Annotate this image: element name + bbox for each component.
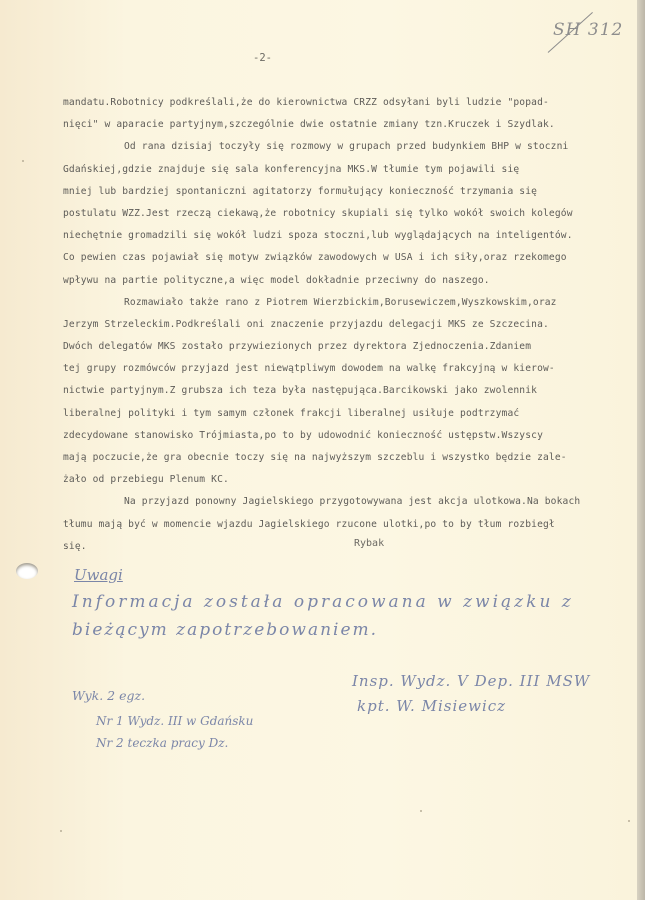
- officer-name: kpt. W. Misiewicz: [357, 697, 506, 715]
- text-line: Na przyjazd ponowny Jagielskiego przygot…: [63, 491, 623, 513]
- paper-speck: [628, 820, 630, 822]
- text-line: nięci" w aparacie partyjnym,szczególnie …: [63, 114, 623, 136]
- text-line: Gdańskiej,gdzie znajduje się sala konfer…: [63, 159, 623, 181]
- distribution-copy-1: Nr 1 Wydz. III w Gdańsku: [96, 714, 253, 728]
- text-line: niechętnie gromadzili się wokół ludzi sp…: [63, 225, 623, 247]
- typed-body: mandatu.Robotnicy podkreślali,że do kier…: [63, 92, 623, 558]
- typed-signature: Rybak: [354, 538, 384, 549]
- text-line: postulatu WZZ.Jest rzeczą ciekawą,że rob…: [63, 203, 623, 225]
- document-page: SH 312 -2- mandatu.Robotnicy podkreślali…: [0, 0, 637, 900]
- remarks-heading: Uwagi: [74, 566, 123, 584]
- paragraph-1: mandatu.Robotnicy podkreślali,że do kier…: [63, 92, 623, 136]
- paper-speck: [22, 160, 24, 162]
- text-line: Od rana dzisiaj toczyły się rozmowy w gr…: [63, 136, 623, 158]
- text-line: nictwie partyjnym.Z grubsza ich teza był…: [63, 380, 623, 402]
- punch-hole: [16, 563, 38, 579]
- text-line: się.: [63, 536, 623, 558]
- text-line: żało od przebiegu Plenum KC.: [63, 469, 623, 491]
- page-edge: [637, 0, 645, 900]
- text-line: Rozmawiało także rano z Piotrem Wierzbic…: [63, 292, 623, 314]
- text-line: mniej lub bardziej spontaniczni agitator…: [63, 181, 623, 203]
- text-line: mandatu.Robotnicy podkreślali,że do kier…: [63, 92, 623, 114]
- paper-speck: [60, 830, 62, 832]
- remarks-line: bieżącym zapotrzebowaniem.: [72, 620, 378, 640]
- text-line: Jerzym Strzeleckim.Podkreślali oni znacz…: [63, 314, 623, 336]
- text-line: Co pewien czas pojawiał się motyw związk…: [63, 247, 623, 269]
- text-line: Dwóch delegatów MKS zostało przywieziony…: [63, 336, 623, 358]
- text-line: zdecydowane stanowisko Trójmiasta,po to …: [63, 425, 623, 447]
- officer-position: Insp. Wydz. V Dep. III MSW: [352, 672, 590, 690]
- paper-speck: [420, 810, 422, 812]
- paragraph-2: Od rana dzisiaj toczyły się rozmowy w gr…: [63, 136, 623, 291]
- text-line: mają poczucie,że gra obecnie toczy się n…: [63, 447, 623, 469]
- remarks-line: Informacja została opracowana w związku …: [72, 592, 574, 612]
- text-line: tłumu mają być w momencie wjazdu Jagiels…: [63, 514, 623, 536]
- text-line: wpływu na partie polityczne,a więc model…: [63, 270, 623, 292]
- paragraph-4: Na przyjazd ponowny Jagielskiego przygot…: [63, 491, 623, 558]
- text-line: liberalnej polityki i tym samym członek …: [63, 403, 623, 425]
- paragraph-3: Rozmawiało także rano z Piotrem Wierzbic…: [63, 292, 623, 492]
- distribution-copies: Wyk. 2 egz.: [72, 688, 145, 703]
- page-number: -2-: [253, 52, 272, 64]
- distribution-copy-2: Nr 2 teczka pracy Dz.: [96, 736, 228, 750]
- text-line: tej grupy rozmówców przyjazd jest niewąt…: [63, 358, 623, 380]
